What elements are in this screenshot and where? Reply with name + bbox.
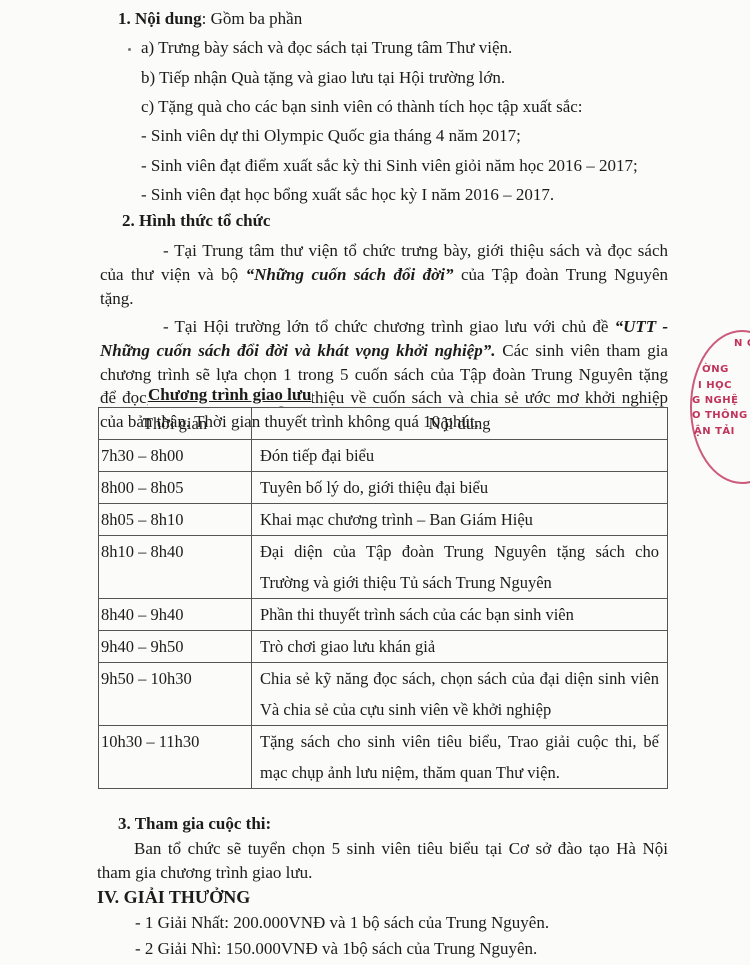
cell-content-line: Tặng sách cho sinh viên tiêu biểu, Trao … (260, 726, 659, 757)
section-3-line1: Ban tổ chức sẽ tuyển chọn 5 sinh viên ti… (134, 838, 668, 860)
cell-content-line: mạc chụp ảnh lưu niệm, thăm quan Thư việ… (260, 757, 659, 788)
table-row: 7h30 – 8h00Đón tiếp đại biểu (99, 440, 668, 472)
cell-content: Phần thi thuyết trình sách của các bạn s… (252, 599, 668, 631)
section-1-sub-item-1: - Sinh viên dự thi Olympic Quốc gia thán… (141, 125, 521, 147)
cell-content: Chia sẻ kỹ năng đọc sách, chọn sách của … (252, 663, 668, 726)
header-time: Thời gian (99, 408, 252, 440)
cell-time: 8h00 – 8h05 (99, 472, 252, 504)
text-span: - Tại Hội trường lớn tổ chức chương trìn… (163, 317, 615, 336)
section-2-p1-line3: tặng. (100, 288, 134, 310)
section-3-title: 3. Tham gia cuộc thi: (118, 813, 271, 835)
cell-time: 10h30 – 11h30 (99, 726, 252, 789)
table-row: 9h40 – 9h50Trò chơi giao lưu khán giả (99, 631, 668, 663)
prize-second: - 2 Giải Nhì: 150.000VNĐ và 1bộ sách của… (135, 938, 537, 960)
cell-content-line: Trò chơi giao lưu khán giả (260, 631, 659, 662)
stamp-text: ẬN TẢI (694, 426, 735, 437)
stamp-text: I HỌC (698, 380, 732, 391)
section-2-p2-line2: Những cuốn sách đổi đời và khát vọng khở… (100, 340, 668, 362)
section-1-item-c: c) Tặng quà cho các bạn sinh viên có thà… (141, 96, 583, 118)
cell-content-line: Trường và giới thiệu Tủ sách Trung Nguyê… (260, 567, 659, 598)
event-theme-part1: “UTT - (615, 317, 668, 336)
stamp-text: G NGHỆ (692, 395, 738, 406)
cell-content-line: Phần thi thuyết trình sách của các bạn s… (260, 599, 659, 630)
cell-content-line: Tuyên bố lý do, giới thiệu đại biểu (260, 472, 659, 503)
cell-time: 9h50 – 10h30 (99, 663, 252, 726)
cell-content: Tuyên bố lý do, giới thiệu đại biểu (252, 472, 668, 504)
cell-content-line: Và chia sẻ của cựu sinh viên về khởi ngh… (260, 694, 659, 725)
section-1-sub-item-3: - Sinh viên đạt học bổng xuất sắc học kỳ… (141, 184, 554, 206)
section-1-item-b: b) Tiếp nhận Quà tặng và giao lưu tại Hộ… (141, 67, 505, 89)
bullet-dot (128, 48, 131, 51)
table-header-row: Thời gian Nội dung (99, 408, 668, 440)
text-span: của thư viện và bộ (100, 265, 246, 284)
red-seal-stamp: N G ỜNG I HỌC G NGHỆ O THÔNG ẬN TẢI (690, 330, 750, 490)
table-row: 8h05 – 8h10Khai mạc chương trình – Ban G… (99, 504, 668, 536)
section-1-title: 1. Nội dung: Gồm ba phần (118, 8, 302, 30)
section-2-p1-line2: của thư viện và bộ “Những cuốn sách đổi … (100, 264, 668, 286)
section-4-title: IV. GIẢI THƯỞNG (97, 886, 250, 908)
schedule-body: 7h30 – 8h00Đón tiếp đại biểu8h00 – 8h05T… (99, 440, 668, 789)
cell-content: Tặng sách cho sinh viên tiêu biểu, Trao … (252, 726, 668, 789)
cell-content-line: Khai mạc chương trình – Ban Giám Hiệu (260, 504, 659, 535)
table-row: 8h10 – 8h40Đại diện của Tập đoàn Trung N… (99, 536, 668, 599)
section-1-title-bold: 1. Nội dung (118, 9, 202, 28)
section-2-p1-line1: - Tại Trung tâm thư viện tổ chức trưng b… (163, 240, 668, 262)
cell-content-line: Chia sẻ kỹ năng đọc sách, chọn sách của … (260, 663, 659, 694)
table-row: 8h00 – 8h05Tuyên bố lý do, giới thiệu đạ… (99, 472, 668, 504)
prize-first: - 1 Giải Nhất: 200.000VNĐ và 1 bộ sách c… (135, 912, 549, 934)
table-row: 10h30 – 11h30Tặng sách cho sinh viên tiê… (99, 726, 668, 789)
section-1-title-rest: : Gồm ba phần (202, 9, 303, 28)
section-1-sub-item-2: - Sinh viên đạt điểm xuất sắc kỳ thi Sin… (141, 155, 638, 177)
section-2-p2-line1: - Tại Hội trường lớn tổ chức chương trìn… (163, 316, 668, 338)
section-1-item-a: a) Trưng bày sách và đọc sách tại Trung … (141, 37, 512, 59)
section-2-p2-line3: chương trình sẽ lựa chọn 1 trong 5 cuốn … (100, 364, 668, 386)
text-span: của Tập đoàn Trung Nguyên (453, 265, 668, 284)
cell-content: Đại diện của Tập đoàn Trung Nguyên tặng … (252, 536, 668, 599)
section-2-title: 2. Hình thức tổ chức (122, 210, 270, 232)
stamp-text: ỜNG (702, 364, 729, 375)
cell-content-line: Đón tiếp đại biểu (260, 440, 659, 471)
cell-time: 8h05 – 8h10 (99, 504, 252, 536)
text-span: Các sinh viên tham gia (496, 341, 668, 360)
header-content: Nội dung (252, 408, 668, 440)
stamp-ring (690, 330, 750, 484)
cell-content: Khai mạc chương trình – Ban Giám Hiệu (252, 504, 668, 536)
stamp-text: N G (734, 338, 750, 349)
event-theme-part2: Những cuốn sách đổi đời và khát vọng khở… (100, 341, 496, 360)
cell-content-line: Đại diện của Tập đoàn Trung Nguyên tặng … (260, 536, 659, 567)
cell-time: 7h30 – 8h00 (99, 440, 252, 472)
schedule-title: Chương trình giao lưu (148, 384, 312, 406)
cell-time: 8h40 – 9h40 (99, 599, 252, 631)
schedule-table: Thời gian Nội dung 7h30 – 8h00Đón tiếp đ… (98, 407, 668, 789)
book-set-title: “Những cuốn sách đổi đời” (246, 265, 454, 284)
stamp-text: O THÔNG (692, 410, 748, 421)
table-row: 9h50 – 10h30Chia sẻ kỹ năng đọc sách, ch… (99, 663, 668, 726)
section-3-line2: tham gia chương trình giao lưu. (97, 862, 312, 884)
cell-time: 9h40 – 9h50 (99, 631, 252, 663)
cell-content: Đón tiếp đại biểu (252, 440, 668, 472)
cell-time: 8h10 – 8h40 (99, 536, 252, 599)
cell-content: Trò chơi giao lưu khán giả (252, 631, 668, 663)
table-row: 8h40 – 9h40Phần thi thuyết trình sách củ… (99, 599, 668, 631)
